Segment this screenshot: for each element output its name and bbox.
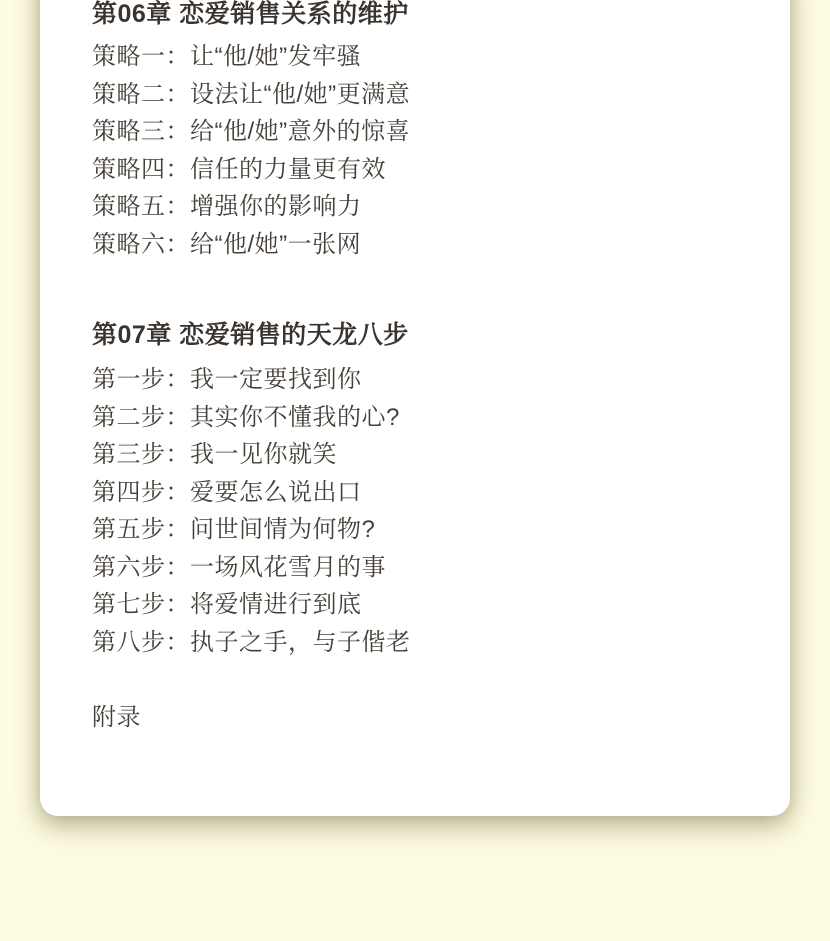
chapter-07-title: 第07章 恋爱销售的天龙八步 xyxy=(92,315,750,355)
toc-item: 策略六：给“他/她”一张网 xyxy=(92,226,750,264)
chapter-06-list: 策略一：让“他/她”发牢骚 策略二：设法让“他/她”更满意 策略三：给“他/她”… xyxy=(92,38,750,263)
toc-section-chapter-07: 第07章 恋爱销售的天龙八步 第一步：我一定要找到你 第二步：其实你不懂我的心?… xyxy=(92,315,750,661)
page-background: 第06章 恋爱销售关系的维护 策略一：让“他/她”发牢骚 策略二：设法让“他/她… xyxy=(0,0,830,941)
toc-item: 第二步：其实你不懂我的心? xyxy=(92,399,750,437)
toc-section-chapter-06: 第06章 恋爱销售关系的维护 策略一：让“他/她”发牢骚 策略二：设法让“他/她… xyxy=(92,0,750,263)
toc-item: 策略二：设法让“他/她”更满意 xyxy=(92,76,750,114)
toc-item: 第五步：问世间情为何物? xyxy=(92,511,750,549)
toc-item: 第四步：爱要怎么说出口 xyxy=(92,474,750,512)
toc-item: 策略五：增强你的影响力 xyxy=(92,188,750,226)
toc-item: 策略一：让“他/她”发牢骚 xyxy=(92,38,750,76)
toc-item: 第六步：一场风花雪月的事 xyxy=(92,549,750,587)
toc-item: 策略三：给“他/她”意外的惊喜 xyxy=(92,113,750,151)
toc-item: 第七步：将爱情进行到底 xyxy=(92,586,750,624)
chapter-06-title: 第06章 恋爱销售关系的维护 xyxy=(92,0,750,34)
toc-item: 第一步：我一定要找到你 xyxy=(92,361,750,399)
toc-card: 第06章 恋爱销售关系的维护 策略一：让“他/她”发牢骚 策略二：设法让“他/她… xyxy=(40,0,790,816)
toc-item: 策略四：信任的力量更有效 xyxy=(92,151,750,189)
chapter-07-list: 第一步：我一定要找到你 第二步：其实你不懂我的心? 第三步：我一见你就笑 第四步… xyxy=(92,361,750,661)
toc-item: 第三步：我一见你就笑 xyxy=(92,436,750,474)
toc-item: 第八步：执子之手，与子偕老 xyxy=(92,624,750,662)
appendix-label: 附录 xyxy=(92,699,750,737)
